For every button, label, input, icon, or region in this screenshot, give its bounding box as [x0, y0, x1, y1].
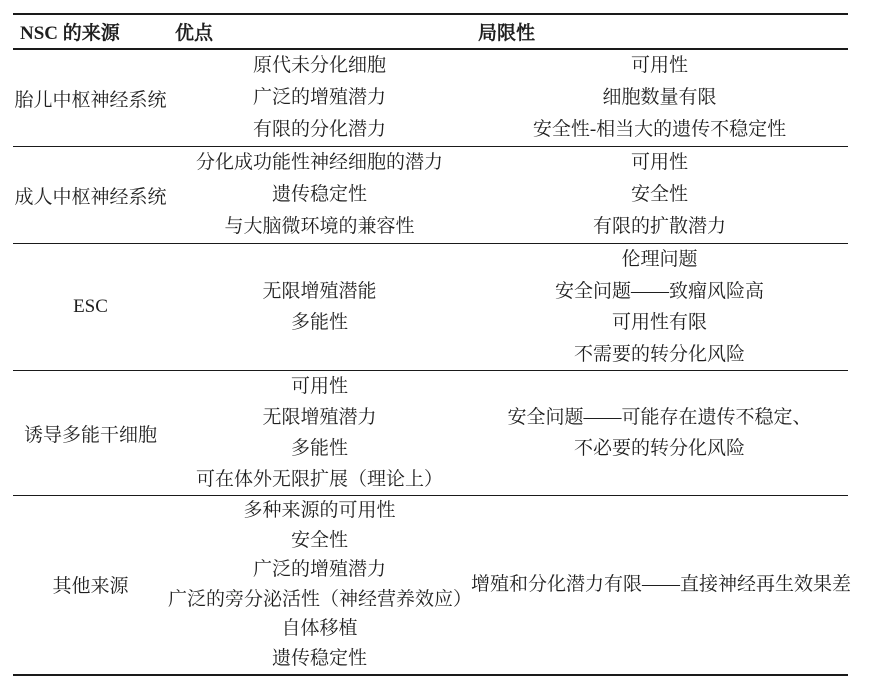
cell-line: 遗传稳定性: [168, 644, 471, 674]
table-body: 胎儿中枢神经系统 原代未分化细胞广泛的增殖潜力有限的分化潜力 可用性细胞数量有限…: [13, 49, 848, 675]
cell-line: 无限增殖潜力: [168, 402, 471, 433]
source-cell: 成人中枢神经系统: [13, 147, 168, 244]
cell-line: 可在体外无限扩展（理论上）: [168, 464, 471, 495]
cell-line: 分化成功能性神经细胞的潜力: [168, 147, 471, 179]
col-header-limitations: 局限性: [471, 14, 848, 49]
cell-line: 广泛的增殖潜力: [168, 555, 471, 585]
limitations-cell: 增殖和分化潜力有限——直接神经再生效果差: [471, 496, 848, 675]
cell-line: 不需要的转分化风险: [471, 339, 848, 371]
limitations-cell: 伦理问题安全问题——致瘤风险高可用性有限不需要的转分化风险: [471, 244, 848, 371]
cell-line: 细胞数量有限: [471, 82, 848, 114]
col-header-advantages: 优点: [168, 14, 471, 49]
table-row-adult-cns: 成人中枢神经系统 分化成功能性神经细胞的潜力遗传稳定性与大脑微环境的兼容性 可用…: [13, 147, 848, 244]
cell-line: 可用性: [471, 50, 848, 82]
cell-line: 安全性: [168, 526, 471, 556]
cell-line: 广泛的增殖潜力: [168, 82, 471, 114]
table-row-fetal-cns: 胎儿中枢神经系统 原代未分化细胞广泛的增殖潜力有限的分化潜力 可用性细胞数量有限…: [13, 49, 848, 147]
advantages-cell: 可用性无限增殖潜力多能性可在体外无限扩展（理论上）: [168, 371, 471, 496]
cell-line: 原代未分化细胞: [168, 50, 471, 82]
source-cell: 诱导多能干细胞: [13, 371, 168, 496]
cell-line: 增殖和分化潜力有限——直接神经再生效果差: [471, 570, 848, 600]
header-row: NSC 的来源 优点 局限性: [13, 14, 848, 49]
cell-line: 不必要的转分化风险: [471, 433, 848, 464]
cell-line: 可用性有限: [471, 307, 848, 339]
cell-line: 广泛的旁分泌活性（神经营养效应）: [168, 585, 471, 615]
source-cell: 胎儿中枢神经系统: [13, 49, 168, 147]
cell-line: 与大脑微环境的兼容性: [168, 211, 471, 243]
cell-line: 可用性: [471, 147, 848, 179]
cell-line: 多能性: [168, 307, 471, 339]
table-row-ipsc: 诱导多能干细胞 可用性无限增殖潜力多能性可在体外无限扩展（理论上） 安全问题——…: [13, 371, 848, 496]
source-cell: 其他来源: [13, 496, 168, 675]
source-cell: ESC: [13, 244, 168, 371]
table-header: NSC 的来源 优点 局限性: [13, 14, 848, 49]
table-row-other-sources: 其他来源 多种来源的可用性安全性广泛的增殖潜力广泛的旁分泌活性（神经营养效应）自…: [13, 496, 848, 675]
advantages-cell: 无限增殖潜能多能性: [168, 244, 471, 371]
cell-line: 无限增殖潜能: [168, 276, 471, 308]
advantages-cell: 分化成功能性神经细胞的潜力遗传稳定性与大脑微环境的兼容性: [168, 147, 471, 244]
cell-line: 安全性-相当大的遗传不稳定性: [471, 114, 848, 146]
limitations-cell: 可用性细胞数量有限安全性-相当大的遗传不稳定性: [471, 49, 848, 147]
cell-line: 自体移植: [168, 614, 471, 644]
advantages-cell: 多种来源的可用性安全性广泛的增殖潜力广泛的旁分泌活性（神经营养效应）自体移植遗传…: [168, 496, 471, 675]
cell-line: 安全问题——致瘤风险高: [471, 276, 848, 308]
col-header-source: NSC 的来源: [13, 14, 168, 49]
cell-line: 可用性: [168, 371, 471, 402]
cell-line: 伦理问题: [471, 244, 848, 276]
cell-line: 遗传稳定性: [168, 179, 471, 211]
cell-line: 多种来源的可用性: [168, 496, 471, 526]
limitations-cell: 安全问题——可能存在遗传不稳定、不必要的转分化风险: [471, 371, 848, 496]
cell-line: 安全性: [471, 179, 848, 211]
nsc-table-container: NSC 的来源 优点 局限性 胎儿中枢神经系统 原代未分化细胞广泛的增殖潜力有限…: [13, 13, 848, 676]
cell-line: 有限的扩散潜力: [471, 211, 848, 243]
cell-line: 安全问题——可能存在遗传不稳定、: [471, 402, 848, 433]
table-row-esc: ESC 无限增殖潜能多能性 伦理问题安全问题——致瘤风险高可用性有限不需要的转分…: [13, 244, 848, 371]
limitations-cell: 可用性安全性有限的扩散潜力: [471, 147, 848, 244]
nsc-sources-table: NSC 的来源 优点 局限性 胎儿中枢神经系统 原代未分化细胞广泛的增殖潜力有限…: [13, 13, 848, 676]
cell-line: 有限的分化潜力: [168, 114, 471, 146]
advantages-cell: 原代未分化细胞广泛的增殖潜力有限的分化潜力: [168, 49, 471, 147]
cell-line: 多能性: [168, 433, 471, 464]
